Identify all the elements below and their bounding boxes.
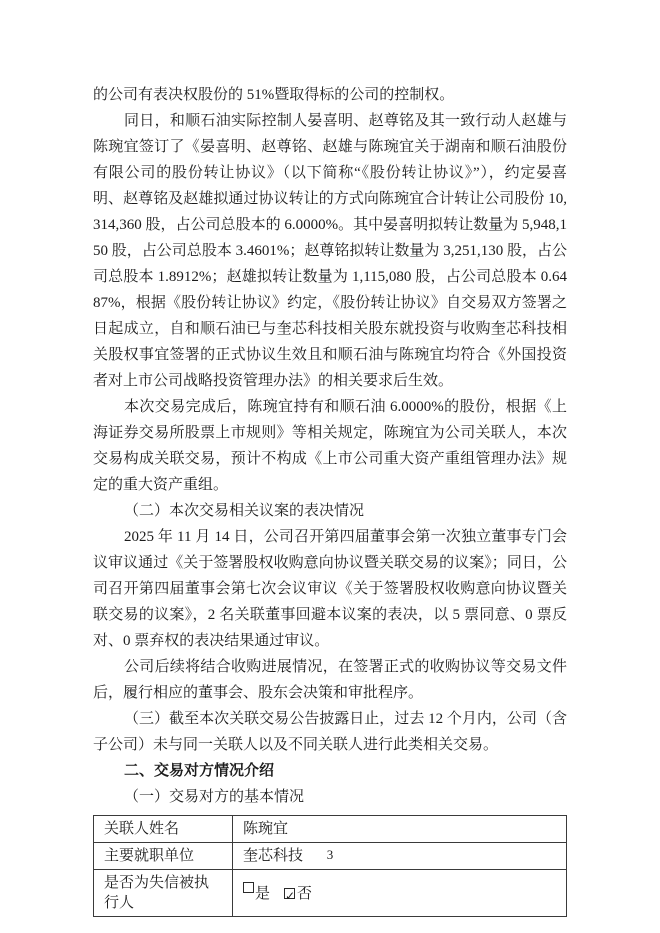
subsection-heading-basic-info: （一）交易对方的基本情况 — [93, 784, 567, 810]
paragraph-followup-procedures: 公司后续将结合收购进展情况，在签署正式的收购协议等交易文件后，履行相应的董事会、… — [93, 654, 567, 706]
document-body: 的公司有表决权股份的 51%暨取得标的公司的控制权。 同日，和顺石油实际控制人晏… — [93, 82, 567, 917]
paragraph-share-transfer-agreement: 同日，和顺石油实际控制人晏喜明、赵尊铭及其一致行动人赵雄与陈琬宜签订了《晏喜明、… — [93, 108, 567, 394]
paragraph-control-rights: 的公司有表决权股份的 51%暨取得标的公司的控制权。 — [93, 82, 567, 108]
table-label-name: 关联人姓名 — [94, 816, 233, 843]
checkbox-yes-unchecked-icon — [243, 882, 254, 893]
counterparty-info-table: 关联人姓名 陈琬宜 主要就职单位 奎芯科技 是否为失信被执行人 是✓否 — [93, 815, 567, 917]
table-row-dishonest-executee: 是否为失信被执行人 是✓否 — [94, 870, 567, 917]
table-label-dishonest-executee: 是否为失信被执行人 — [94, 870, 233, 917]
table-row-name: 关联人姓名 陈琬宜 — [94, 816, 567, 843]
page-number: 3 — [0, 847, 660, 863]
table-value-name: 陈琬宜 — [233, 816, 567, 843]
paragraph-related-transaction: 本次交易完成后，陈琬宜持有和顺石油 6.0000%的股份，根据《上海证券交易所股… — [93, 394, 567, 498]
section-heading-counterparty: 二、交易对方情况介绍 — [93, 758, 567, 784]
document-page: 的公司有表决权股份的 51%暨取得标的公司的控制权。 同日，和顺石油实际控制人晏… — [0, 0, 660, 933]
checkbox-yes-label: 是 — [255, 886, 270, 902]
checkbox-no-checked-icon: ✓ — [284, 888, 295, 899]
checkbox-no-label: 否 — [297, 886, 312, 902]
paragraph-board-meeting: 2025 年 11 月 14 日，公司召开第四届董事会第一次独立董事专门会议审议… — [93, 524, 567, 654]
check-mark-icon: ✓ — [285, 886, 295, 906]
table-value-dishonest-executee: 是✓否 — [233, 870, 567, 917]
subsection-heading-voting: （二）本次交易相关议案的表决情况 — [93, 498, 567, 524]
paragraph-past-12-months: （三）截至本次关联交易公告披露日止，过去 12 个月内，公司（含子公司）未与同一… — [93, 706, 567, 758]
